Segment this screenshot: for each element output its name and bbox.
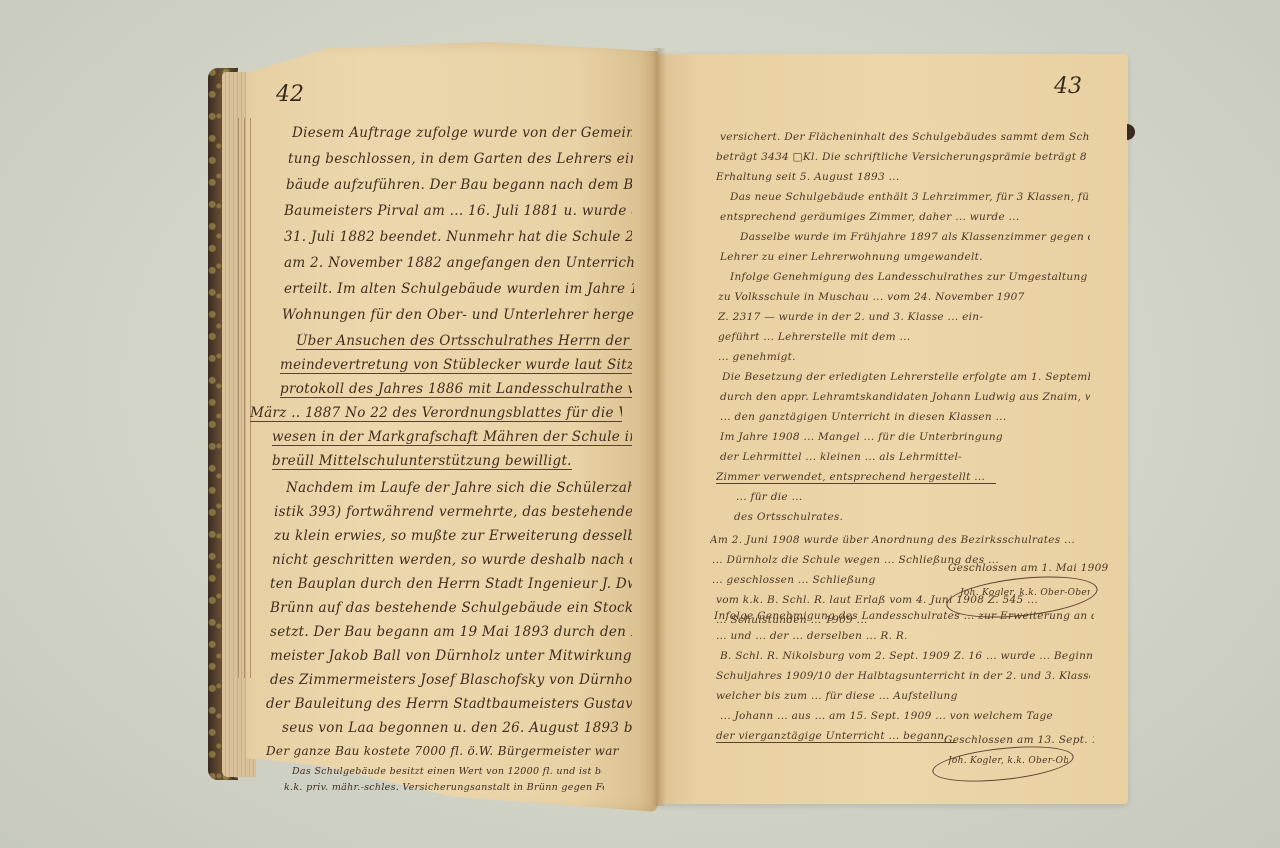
left-line: setzt. Der Bau begann am 19 Mai 1893 dur… <box>270 624 632 640</box>
right-line: des Ortsschulrates. <box>734 511 934 523</box>
right-line: zu Volksschule in Muschau ... vom 24. No… <box>718 291 1090 303</box>
entry-1908-signature: Joh. Kogler, k.k. Ober-Oberlehrer <box>960 588 1090 598</box>
right-line: ... genehmigt. <box>718 351 1090 363</box>
entry-1909-line: Infolge Genehmigung des Landesschulrates… <box>714 610 1094 622</box>
left-line: meister Jakob Ball von Dürnholz unter Mi… <box>270 648 632 664</box>
left-line: des Zimmermeisters Josef Blaschofsky von… <box>270 672 632 688</box>
entry-1909-line: der vierganztägige Unterricht ... begann… <box>716 730 956 743</box>
left-line: istik 393) fortwährend vermehrte, das be… <box>274 504 632 520</box>
right-line: versichert. Der Flächeninhalt des Schulg… <box>720 131 1090 143</box>
left-line: Wohnungen für den Ober- und Unterlehrer … <box>282 307 634 323</box>
book-clasp <box>1127 124 1135 140</box>
left-line-underlined: März .. 1887 No 22 des Verordnungsblatte… <box>250 405 622 422</box>
right-line: Infolge Genehmigung des Landesschulrathe… <box>730 271 1090 283</box>
right-line: geführt ... Lehrerstelle mit dem ... <box>718 331 1090 343</box>
entry-1909-signature: Joh. Kogler, k.k. Ober-Oberlehrer <box>948 756 1068 766</box>
left-line-underlined: meindevertretung von Stüblecker wurde la… <box>280 357 632 374</box>
left-line: nicht geschritten werden, so wurde desha… <box>272 552 632 568</box>
right-line: Erhaltung seit 5. August 1893 ... <box>716 171 1016 183</box>
left-line-underlined: wesen in der Markgrafschaft Mähren der S… <box>272 429 632 446</box>
left-line: der Bauleitung des Herrn Stadtbaumeister… <box>266 696 632 712</box>
page-number-left: 42 <box>276 82 304 107</box>
entry-1909-closing: Geschlossen am 13. Sept. 1909. <box>944 734 1094 746</box>
entry-1909-line: ... Johann ... aus ... am 15. Sept. 1909… <box>720 710 1090 722</box>
left-line: tung beschlossen, in dem Garten des Lehr… <box>288 151 633 167</box>
open-book: 42 43 Diesem Auftrage zufolge wurde von … <box>0 0 1280 848</box>
left-line: Brünn auf das bestehende Schulgebäude ei… <box>270 600 632 616</box>
right-line: Dasselbe wurde im Frühjahre 1897 als Kla… <box>740 231 1090 243</box>
left-line: erteilt. Im alten Schulgebäude wurden im… <box>284 281 634 297</box>
right-line: durch den appr. Lehramtskandidaten Johan… <box>720 391 1090 403</box>
entry-1909-line: ... und ... der ... derselben ... R. R. <box>716 630 1090 642</box>
entry-1909-line: Schuljahres 1909/10 der Halbtagsunterric… <box>716 670 1090 682</box>
left-line: am 2. November 1882 angefangen den Unter… <box>284 255 634 271</box>
entry-1909-line: B. Schl. R. Nikolsburg vom 2. Sept. 1909… <box>720 650 1096 662</box>
left-line: zu klein erwies, so mußte zur Erweiterun… <box>274 528 632 544</box>
right-line: Z. 2317 — wurde in der 2. und 3. Klasse … <box>718 311 1090 323</box>
right-line: Im Jahre 1908 ... Mangel ... für die Unt… <box>720 431 1090 443</box>
entry-1909-line: welcher bis zum ... für diese ... Aufste… <box>716 690 1090 702</box>
left-footnote-line: Das Schulgebäude besitzt einen Wert von … <box>292 766 602 777</box>
left-line: Der ganze Bau kostete 7000 fl. ö.W. Bürg… <box>266 744 632 758</box>
left-line-underlined: breüll Mittelschulunterstützung bewillig… <box>272 453 572 470</box>
right-line: Das neue Schulgebäude enthält 3 Lehrzimm… <box>730 191 1090 203</box>
entry-1908-closing: Geschlossen am 1. Mai 1909. <box>948 562 1108 574</box>
left-line: bäude aufzuführen. Der Bau begann nach d… <box>286 177 632 193</box>
right-line: ... den ganztägigen Unterricht in diesen… <box>720 411 1090 423</box>
left-line-underlined: Über Ansuchen des Ortsschulrathes Herrn … <box>296 333 632 350</box>
right-line: entsprechend geräumiges Zimmer, daher ..… <box>720 211 1090 223</box>
page-number-right: 43 <box>1054 74 1082 99</box>
left-line-underlined: protokoll des Jahres 1886 mit Landesschu… <box>280 381 632 398</box>
right-line: der Lehrmittel ... kleinen ... als Lehrm… <box>720 451 1090 463</box>
left-line: ten Bauplan durch den Herrn Stadt Ingeni… <box>270 576 632 592</box>
right-line: Die Besetzung der erledigten Lehrerstell… <box>722 371 1090 383</box>
right-line: Lehrer zu einer Lehrerwohnung umgewandel… <box>720 251 1090 263</box>
left-line: Baumeisters Pirval am ... 16. Juli 1881 … <box>284 203 632 219</box>
left-line: Diesem Auftrage zufolge wurde von der Ge… <box>292 125 632 141</box>
left-line: seus von Laa begonnen u. den 26. August … <box>282 720 632 736</box>
right-line-underlined: Zimmer verwendet, entsprechend hergestel… <box>716 471 996 484</box>
left-line: Nachdem im Laufe der Jahre sich die Schü… <box>286 480 632 496</box>
left-line: 31. Juli 1882 beendet. Nunmehr hat die S… <box>284 229 632 245</box>
right-line: ... für die ... <box>736 491 1090 503</box>
right-line: beträgt 3434 □Kl. Die schriftliche Versi… <box>716 151 1090 163</box>
margin-rules <box>236 118 256 678</box>
left-footnote-line: k.k. priv. mähr.-schles. Versicherungsan… <box>284 782 604 793</box>
entry-1908-line: Am 2. Juni 1908 wurde über Anordnung des… <box>710 534 1090 546</box>
book-gutter <box>652 48 666 806</box>
